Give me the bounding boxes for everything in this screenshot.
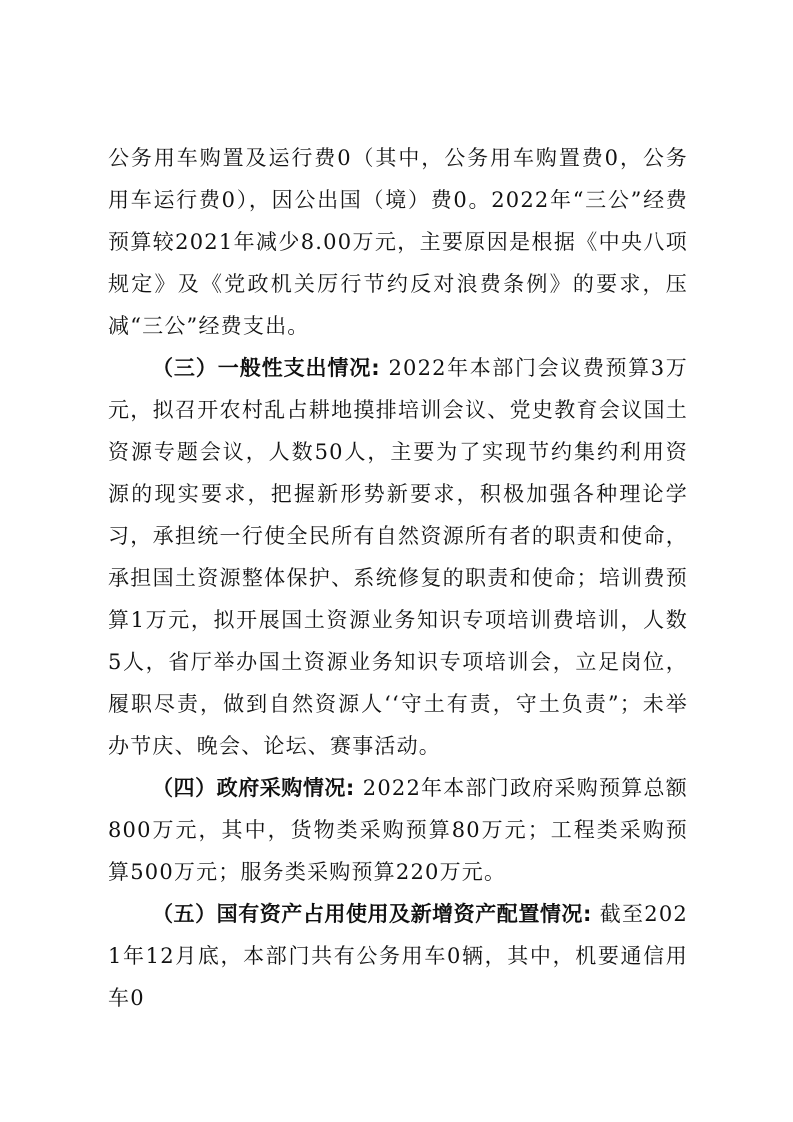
section-heading-government-procurement: （四）政府采购情况: [152,776,355,800]
paragraph-text: 2022年本部门会议费预算3万元，拟召开农村乱占耕地摸排培训会议、党史教育会议国… [108,356,688,758]
paragraph-sangong-expenses: 公务用车购置及运行费0（其中，公务用车购置费0，公务用车运行费0），因公出国（境… [108,137,688,347]
section-heading-state-assets: （五）国有资产占用使用及新增资产配置情况: [152,902,592,926]
paragraph-general-expenditure: （三）一般性支出情况: 2022年本部门会议费预算3万元，拟召开农村乱占耕地摸排… [108,347,688,767]
paragraph-text: 公务用车购置及运行费0（其中，公务用车购置费0，公务用车运行费0），因公出国（境… [108,146,688,338]
document-page: 公务用车购置及运行费0（其中，公务用车购置费0，公务用车运行费0），因公出国（境… [108,137,688,1019]
paragraph-government-procurement: （四）政府采购情况: 2022年本部门政府采购预算总额800万元，其中，货物类采… [108,767,688,893]
paragraph-state-assets: （五）国有资产占用使用及新增资产配置情况: 截至2021年12月底，本部门共有公… [108,893,688,1019]
section-heading-general-expenditure: （三）一般性支出情况: [152,356,380,380]
